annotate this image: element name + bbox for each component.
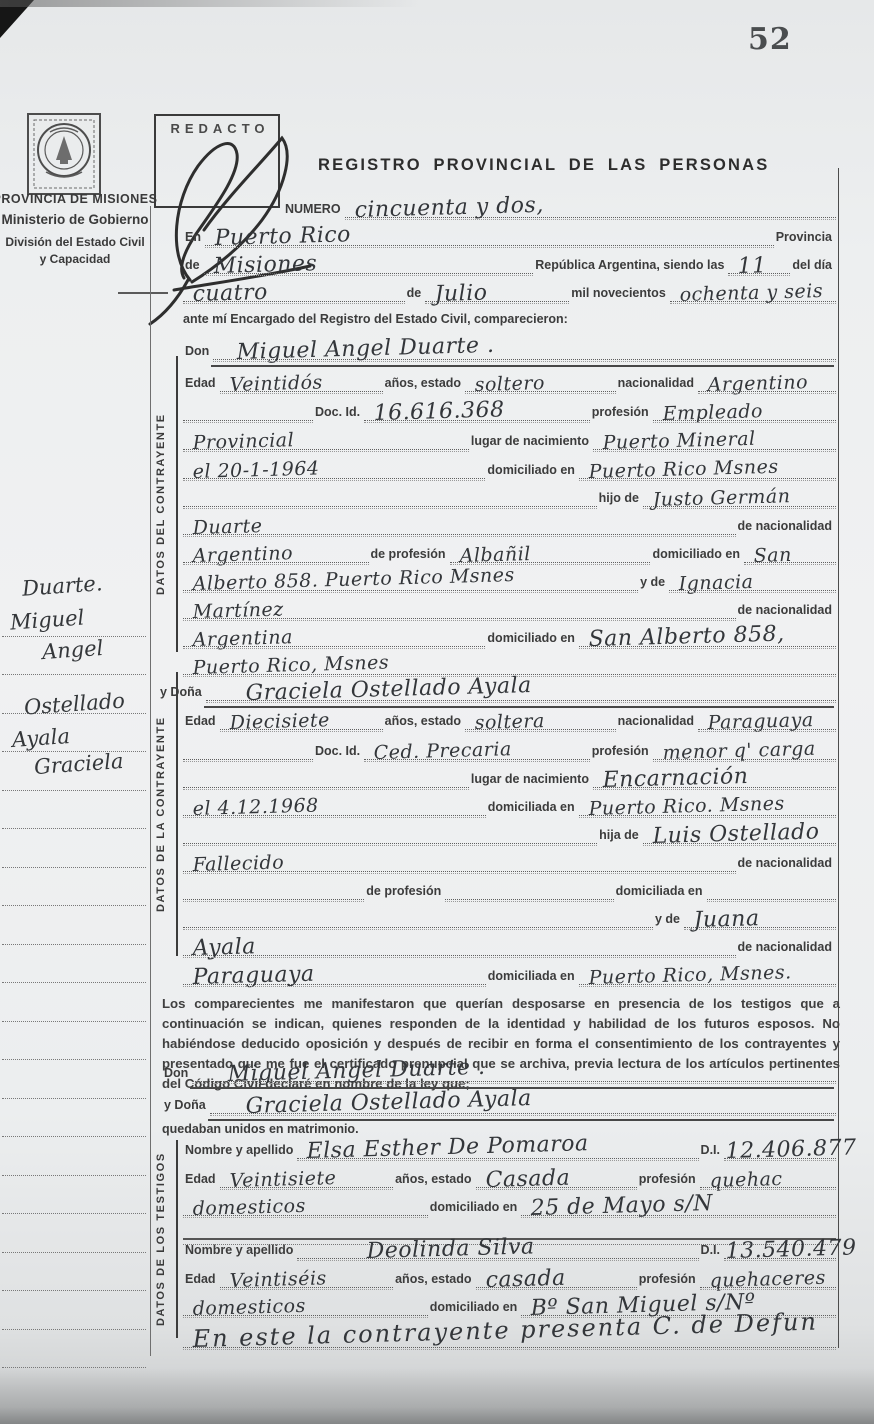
label-domiciliado-w2: domiciliado en [428, 1300, 522, 1316]
field-madre-apellido: Martínez [183, 588, 736, 619]
handwritten-anio: ochenta y seis [679, 280, 823, 306]
field-madre-dom: San Alberto 858, [579, 616, 836, 647]
field-w2-prof2: domesticos [183, 1285, 428, 1316]
margin-name-angel: Angel [41, 636, 104, 664]
margin-name-ayala: Ayala [11, 724, 70, 752]
field-madre-nac-bride: Paraguaya [183, 954, 486, 985]
field-localidad: Puerto Rico [205, 215, 774, 246]
label-don: Don [183, 344, 213, 360]
field-fecha-nac-bride: el 4.12.1968 [183, 785, 486, 816]
label-don-closing: Don [162, 1066, 192, 1082]
field-padre-nac: Argentino [183, 532, 369, 563]
scan-top-edge [0, 0, 420, 7]
field-w1-prof2: domesticos [183, 1185, 428, 1216]
field-nacimiento-bride: Encarnación [593, 757, 836, 788]
field-blank [183, 869, 364, 900]
bride-row-doc: Doc. Id. Ced. Precaria profesión menor q… [183, 730, 836, 760]
field-numero: cincuenta y dos, [345, 187, 836, 218]
label-lugar-nacimiento: lugar de nacimiento [469, 434, 593, 450]
field-bride-name: Graciela Ostellado Ayala [206, 670, 836, 701]
witness1-row-edad: Edad Veintisiete años, estado Casada pro… [183, 1158, 836, 1188]
closing-note-row: En este la contrayente presenta C. de De… [183, 1318, 836, 1348]
form-title: REGISTRO PROVINCIAL DE LAS PERSONAS [318, 156, 838, 175]
field-w2-prof: quehaceres [700, 1257, 836, 1288]
redactor-label: REDACTO [156, 121, 284, 136]
letterhead: PROVINCIA DE MISIONES Ministerio de Gobi… [0, 192, 164, 266]
field-w1-di: 12.406.877 [724, 1128, 836, 1159]
field-w1-dom: 25 de Mayo s/N [521, 1185, 836, 1216]
field-madre-nombre-bride: Juana [684, 897, 836, 928]
field-madre-dom-bride: Puerto Rico, Msnes. [579, 954, 836, 985]
field-w1-nombre: Elsa Esther De Pomaroa [297, 1128, 698, 1159]
letterhead-province: PROVINCIA DE MISIONES [0, 192, 164, 206]
field-fecha-nac: el 20-1-1964 [183, 448, 485, 479]
field-w1-edad: Veintisiete [220, 1157, 394, 1188]
field-don: Miguel Angel Duarte . [213, 329, 836, 360]
bride-row-padre-prof: de profesión domiciliada en [183, 870, 836, 900]
field-blank [183, 729, 313, 760]
field-madre-nac: Argentina [183, 616, 485, 647]
field-padre-bride: Luis Ostellado [643, 813, 836, 844]
form-row-provincia: de Misiones República Argentina, siendo … [183, 244, 836, 274]
handwritten-w1-prof2: domesticos [192, 1195, 306, 1220]
field-padre-prof: Albañil [450, 532, 651, 563]
label-estado-bride: años, estado [383, 714, 465, 730]
field-padre-apellido: Duarte [183, 504, 736, 535]
label-domiciliado-w1: domiciliado en [428, 1200, 522, 1216]
field-dia: cuatro [183, 271, 405, 302]
bride-section-border [176, 672, 178, 956]
field-nacimiento: Puerto Mineral [593, 419, 836, 450]
label-y-dona: y Doña [158, 685, 206, 701]
field-provincia: Misiones [204, 243, 534, 274]
field-edad-bride: Diecisiete [220, 699, 383, 730]
field-w2-edad: Veintiséis [220, 1257, 394, 1288]
field-blank [707, 869, 837, 900]
seal-icon [26, 112, 104, 198]
field-padre-dom2: Alberto 858. Puerto Rico Msnes [183, 560, 638, 591]
field-madre-nombre: Ignacia [669, 560, 836, 591]
closing-row-don: Don Miguel Angel Duarte . [162, 1052, 836, 1082]
groom-row-doc: Doc. Id. 16.616.368 profesión Empleado [183, 391, 836, 421]
field-madre-apellido-bride: Ayala [183, 925, 736, 956]
scanned-marriage-certificate: { "page_number": "52", "letterhead": { "… [0, 0, 874, 1424]
field-blank [183, 476, 597, 507]
groom-row-madre-dom: Argentina domiciliado en San Alberto 858… [183, 617, 836, 647]
field-profesion-bride: menor q' carga [653, 729, 836, 760]
witness2-row-nombre: Nombre y apellido Deolinda Silva D.I. 13… [183, 1229, 836, 1259]
letterhead-ministry: Ministerio de Gobierno [0, 212, 164, 227]
letterhead-rule [118, 292, 168, 294]
field-nacionalidad: Argentino [698, 361, 836, 392]
field-blank [183, 897, 653, 928]
letterhead-capacity: y Capacidad [0, 252, 164, 266]
field-domicilio-bride: Puerto Rico. Msnes [579, 785, 836, 816]
field-blank [445, 869, 613, 900]
form-row-numero: NUMERO cincuenta y dos, [283, 188, 836, 218]
witness1-row-nombre: Nombre y apellido Elsa Esther De Pomaroa… [183, 1129, 836, 1159]
groom-row-padre-dom2: Alberto 858. Puerto Rico Msnes y de Igna… [183, 561, 836, 591]
field-blank [183, 757, 469, 788]
field-dona-closing: Graciela Ostellado Ayala [210, 1083, 836, 1114]
field-mes: Julio [425, 271, 569, 302]
bride-row-madre-apellido: Ayala de nacionalidad [183, 926, 836, 956]
closing-row-dona: y Doña Graciela Ostellado Ayala [162, 1084, 836, 1114]
right-border-rule [838, 168, 839, 1348]
groom-row-edad: Edad Veintidós años, estado soltero naci… [183, 362, 836, 392]
field-anio: ochenta y seis [670, 271, 836, 302]
field-blank [183, 813, 597, 844]
bride-section-label: DATOS DE LA CONTRAYENTE [149, 672, 173, 956]
handwritten-w1-dom: 25 de Mayo s/N [531, 1191, 714, 1221]
bride-row-y-de: y de Juana [183, 898, 836, 928]
field-w2-estado: casada [476, 1257, 637, 1288]
groom-row-domicilio: el 20-1-1964 domiciliado en Puerto Rico … [183, 449, 836, 479]
field-w2-nombre: Deolinda Silva [297, 1228, 698, 1259]
witness1-row-domicilio: domesticos domiciliado en 25 de Mayo s/N [183, 1186, 836, 1216]
bride-row-edad: Edad Diecisiete años, estado soltera nac… [183, 700, 836, 730]
field-padre-dom: San [744, 532, 836, 563]
field-profesion: Empleado [653, 390, 836, 421]
form-row-en: En Puerto Rico Provincia [183, 216, 836, 246]
field-blank [183, 390, 313, 421]
field-closing-note: En este la contrayente presenta C. de De… [183, 1317, 836, 1348]
handwritten-dona-closing: Graciela Ostellado Ayala [245, 1086, 532, 1119]
field-domicilio: Puerto Rico Msnes [579, 448, 836, 479]
groom-section-border [176, 356, 178, 652]
label-de2: de [405, 286, 426, 302]
field-doc: 16.616.368 [364, 390, 590, 421]
label-y-dona-closing: y Doña [162, 1098, 210, 1114]
redactor-stamp-box: REDACTO [154, 114, 280, 208]
field-edad: Veintidós [220, 361, 383, 392]
witness2-row-edad: Edad Veintiséis años, estado casada prof… [183, 1258, 836, 1288]
witness-section-label: DATOS DE LOS TESTIGOS [149, 1140, 173, 1338]
field-w1-estado: Casada [476, 1157, 637, 1188]
field-don-closing: Miguel Angel Duarte . [192, 1051, 836, 1082]
handwritten-mes: Julio [435, 281, 488, 307]
groom-row-madre-apellido: Martínez de nacionalidad [183, 589, 836, 619]
scan-bottom-shadow [0, 1368, 874, 1424]
ante-mi-text: ante mí Encargado del Registro del Estad… [183, 312, 568, 326]
margin-name-duarte: Duarte. [21, 571, 103, 601]
bride-row-madre-dom: Paraguaya domiciliada en Puerto Rico, Ms… [183, 955, 836, 985]
field-w1-prof: quehac [700, 1157, 836, 1188]
bride-row-nacimiento: lugar de nacimiento Encarnación [183, 758, 836, 788]
field-w2-di: 13.540.479 [724, 1228, 836, 1259]
label-nacionalidad-bride: nacionalidad [616, 714, 698, 730]
handwritten-madre-nac-bride: Paraguaya [192, 962, 315, 990]
form-row-fecha: cuatro de Julio mil novecientos ochenta … [183, 272, 836, 302]
form-row-y-dona: y Doña Graciela Ostellado Ayala [158, 671, 836, 701]
field-profesion2: Provincial [183, 419, 469, 450]
groom-row-hijo-de: hijo de Justo Germán [183, 477, 836, 507]
groom-row-padre-apellido: Duarte de nacionalidad [183, 505, 836, 535]
field-padre-nombre: Justo Germán [643, 476, 836, 507]
handwritten-dia: cuatro [192, 280, 268, 307]
bride-row-hija-de: hija de Luis Ostellado [183, 814, 836, 844]
handwritten-madre-dom-bride: Puerto Rico, Msnes. [588, 961, 792, 989]
label-edad-bride: Edad [183, 714, 220, 730]
groom-row-padre-prof: Argentino de profesión Albañil domicilia… [183, 533, 836, 563]
bride-row-domicilio: el 4.12.1968 domiciliada en Puerto Rico.… [183, 786, 836, 816]
letterhead-division: División del Estado Civil [0, 235, 164, 249]
bride-row-padre-estado: Fallecido de nacionalidad [183, 842, 836, 872]
field-estado: soltero [465, 361, 616, 392]
field-hora: 11 [728, 243, 790, 274]
field-padre-estado: Fallecido [183, 841, 736, 872]
witness-section-border [176, 1140, 178, 1338]
form-row-don: Don Miguel Angel Duarte . [183, 330, 836, 360]
field-nacionalidad-bride: Paraguaya [698, 699, 836, 730]
groom-section-label: DATOS DEL CONTRAYENTE [149, 356, 173, 652]
groom-row-nacimiento: Provincial lugar de nacimiento Puerto Mi… [183, 420, 836, 450]
label-domiciliada3: domiciliada en [486, 969, 579, 985]
field-doc-bride: Ced. Precaria [364, 729, 590, 760]
page-number: 52 [748, 22, 792, 57]
field-estado-bride: soltera [465, 699, 616, 730]
label-mil-novecientos: mil novecientos [569, 286, 669, 302]
province-seal-stamp [26, 112, 104, 203]
